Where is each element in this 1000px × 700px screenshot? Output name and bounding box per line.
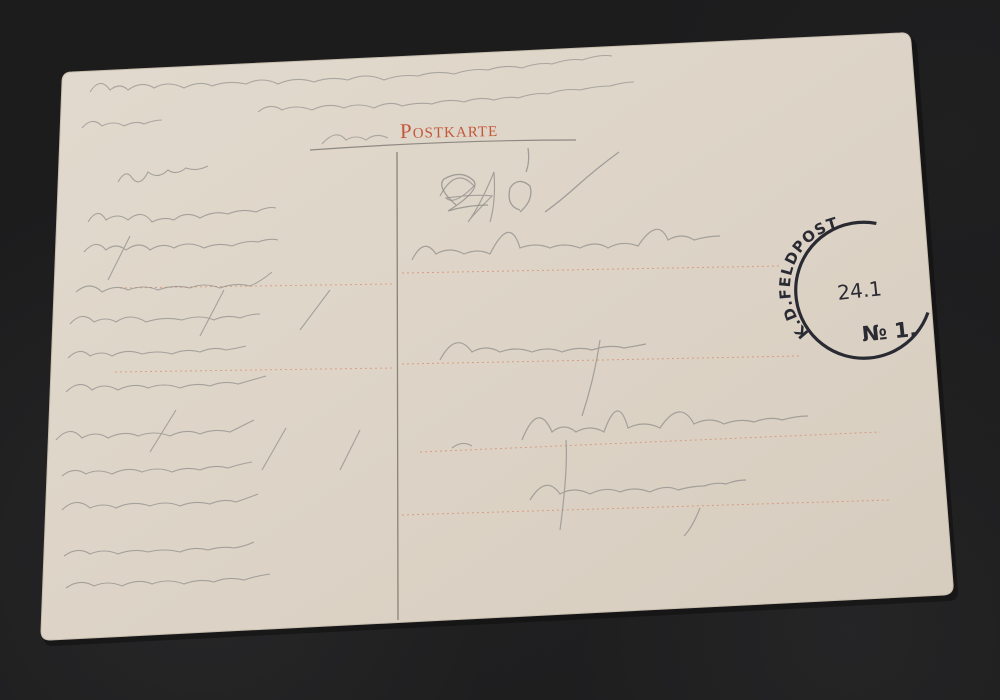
postkarte-heading: Postkarte xyxy=(400,117,499,144)
postcard: Postkarte K.D.FELDPOST 24.1 № 1. xyxy=(0,0,1000,700)
feldpost-postmark: K.D.FELDPOST 24.1 № 1. xyxy=(767,200,943,376)
svg-text:K.D.FELDPOST: K.D.FELDPOST xyxy=(768,213,851,344)
postmark-arc-text: K.D.FELDPOST xyxy=(768,213,851,344)
postmark-date: 24.1 xyxy=(836,276,883,305)
